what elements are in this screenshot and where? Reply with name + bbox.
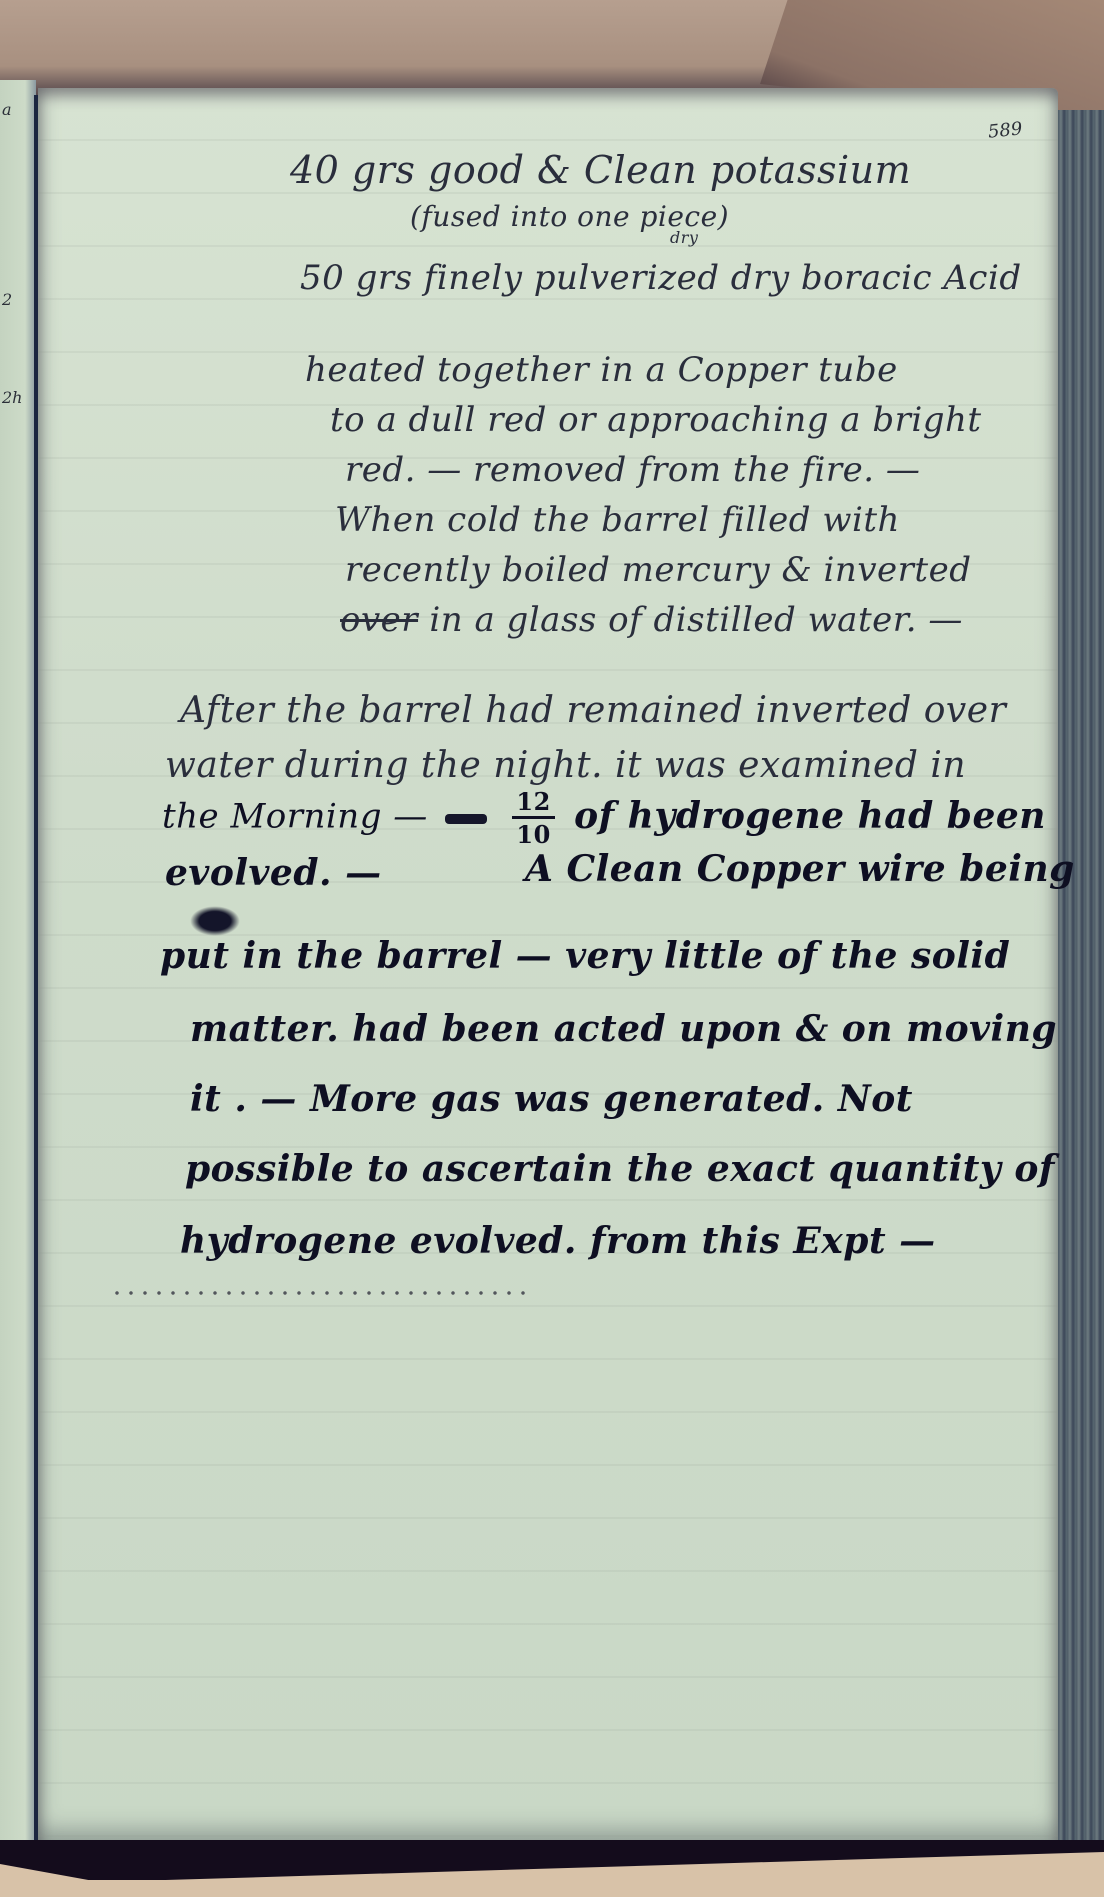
left-margin-note: a — [2, 100, 12, 119]
page-stack-edges — [1058, 110, 1104, 1840]
entry2-line-4: evolved. — — [165, 852, 382, 894]
entry1-line-4: heated together in a Copper tube — [305, 350, 898, 390]
entry2-line-3-cont: of hydrogene had been — [574, 795, 1046, 837]
entry2-line-8: it . — More gas was generated. Not — [190, 1078, 913, 1120]
left-margin-note: 2h — [2, 388, 22, 407]
entry2-line-3-text: the Morning — — [162, 797, 428, 837]
entry2-line-1: After the barrel had remained inverted o… — [180, 690, 1006, 731]
entry2-line-5: A Clean Copper wire being — [525, 848, 1075, 890]
entry2-line-10: hydrogene evolved. from this Expt — — [180, 1220, 936, 1262]
fraction: 12 10 — [512, 790, 554, 847]
ink-blot — [445, 814, 487, 824]
faded-illegible-line — [110, 1290, 530, 1296]
entry1-line-6: red. — removed from the fire. — — [345, 450, 920, 490]
entry1-line-8: recently boiled mercury & inverted — [345, 550, 971, 590]
entry1-line-1: 40 grs good & Clean potassium — [290, 148, 911, 192]
entry1-line-3: 50 grs finely pulverized dry boracic Aci… — [300, 258, 1022, 298]
entry2-line-2: water during the night. it was examined … — [165, 745, 966, 786]
entry1-line-9: over in a glass of distilled water. — — [340, 600, 963, 640]
entry1-line-9-text: in a glass of distilled water. — — [429, 600, 963, 640]
left-page-edge: a 2 2h — [0, 80, 36, 1860]
struck-out-word: over — [340, 600, 418, 640]
entry1-line-7: When cold the barrel filled with — [335, 500, 900, 540]
fraction-denominator: 10 — [516, 819, 550, 847]
entry2-line-3: the Morning — 12 10 of hydrogene had bee… — [162, 790, 1046, 847]
insertion-mark: dry — [670, 228, 698, 247]
entry2-line-9: possible to ascertain the exact quantity… — [185, 1148, 1055, 1190]
left-margin-note: 2 — [2, 290, 12, 309]
ink-blot-correction — [190, 906, 240, 936]
entry2-line-6: put in the barrel — very little of the s… — [160, 935, 1010, 977]
fraction-numerator: 12 — [512, 790, 554, 819]
entry2-line-7: matter. had been acted upon & on moving — [190, 1008, 1057, 1050]
entry1-line-5: to a dull red or approaching a bright — [330, 400, 982, 440]
page-number: 589 — [987, 118, 1023, 142]
